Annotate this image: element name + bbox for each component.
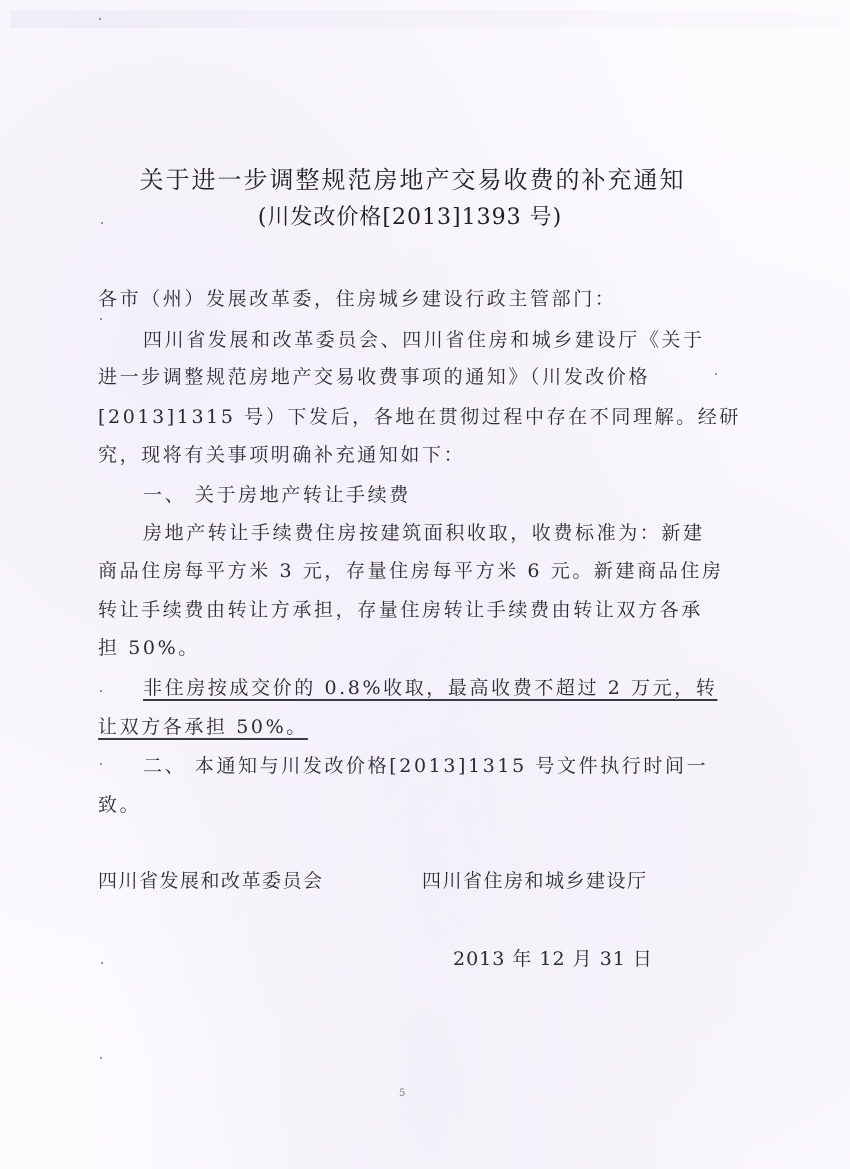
scan-speck — [100, 690, 102, 692]
scanned-page: 关于进一步调整规范房地产交易收费的补充通知 (川发改价格[2013]1393 号… — [0, 0, 850, 1169]
document-date: 2013 年 12 月 31 日 — [453, 944, 653, 971]
salutation: 各市（州）发展改革委，住房城乡建设行政主管部门： — [98, 284, 616, 311]
scan-speck — [100, 318, 102, 320]
paragraph1-line2: 进一步调整规范房地产交易收费事项的通知》（川发改价格 — [98, 362, 650, 389]
scan-speck — [101, 962, 103, 964]
document-title: 关于进一步调整规范房地产交易收费的补充通知 — [0, 160, 850, 195]
scan-speck — [99, 603, 101, 605]
section1-para-a-line4: 担 50%。 — [98, 633, 200, 660]
section1-heading: 一、 关于房地产转让手续费 — [143, 480, 411, 507]
paragraph1-line3: [2013]1315 号）下发后，各地在贯彻过程中存在不同理解。经研 — [98, 402, 741, 429]
section1-para-b-line1: 非住房按成交价的 0.8%收取，最高收费不超过 2 万元，转 — [143, 673, 717, 700]
scan-artifact-band — [10, 10, 840, 28]
section2-line2: 致。 — [98, 790, 141, 817]
section1-para-a-line1: 房地产转让手续费住房按建筑面积收取，收费标准为：新建 — [143, 518, 705, 545]
document-number: (川发改价格[2013]1393 号) — [0, 200, 850, 231]
scan-speck — [715, 373, 717, 375]
paragraph1-line1: 四川省发展和改革委员会、四川省住房和城乡建设厅《关于 — [143, 325, 705, 352]
section1-para-b-line2: 让双方各承担 50%。 — [98, 712, 308, 739]
section2-line1: 二、 本通知与川发改价格[2013]1315 号文件执行时间一 — [143, 751, 708, 778]
paragraph1-line4: 究，现将有关事项明确补充通知如下： — [98, 440, 465, 467]
scan-speck — [100, 763, 102, 765]
scan-speck — [101, 222, 103, 224]
signatory-development-reform-commission: 四川省发展和改革委员会 — [98, 866, 324, 893]
page-number: 5 — [399, 1088, 405, 1099]
scan-speck — [100, 1057, 102, 1059]
signatory-housing-construction-department: 四川省住房和城乡建设厅 — [422, 866, 648, 893]
section1-para-a-line2: 商品住房每平方米 3 元，存量住房每平方米 6 元。新建商品住房 — [98, 556, 724, 583]
scan-speck — [99, 18, 101, 20]
section1-para-a-line3: 转让手续费由转让方承担，存量住房转让手续费由转让双方各承 — [98, 595, 703, 622]
